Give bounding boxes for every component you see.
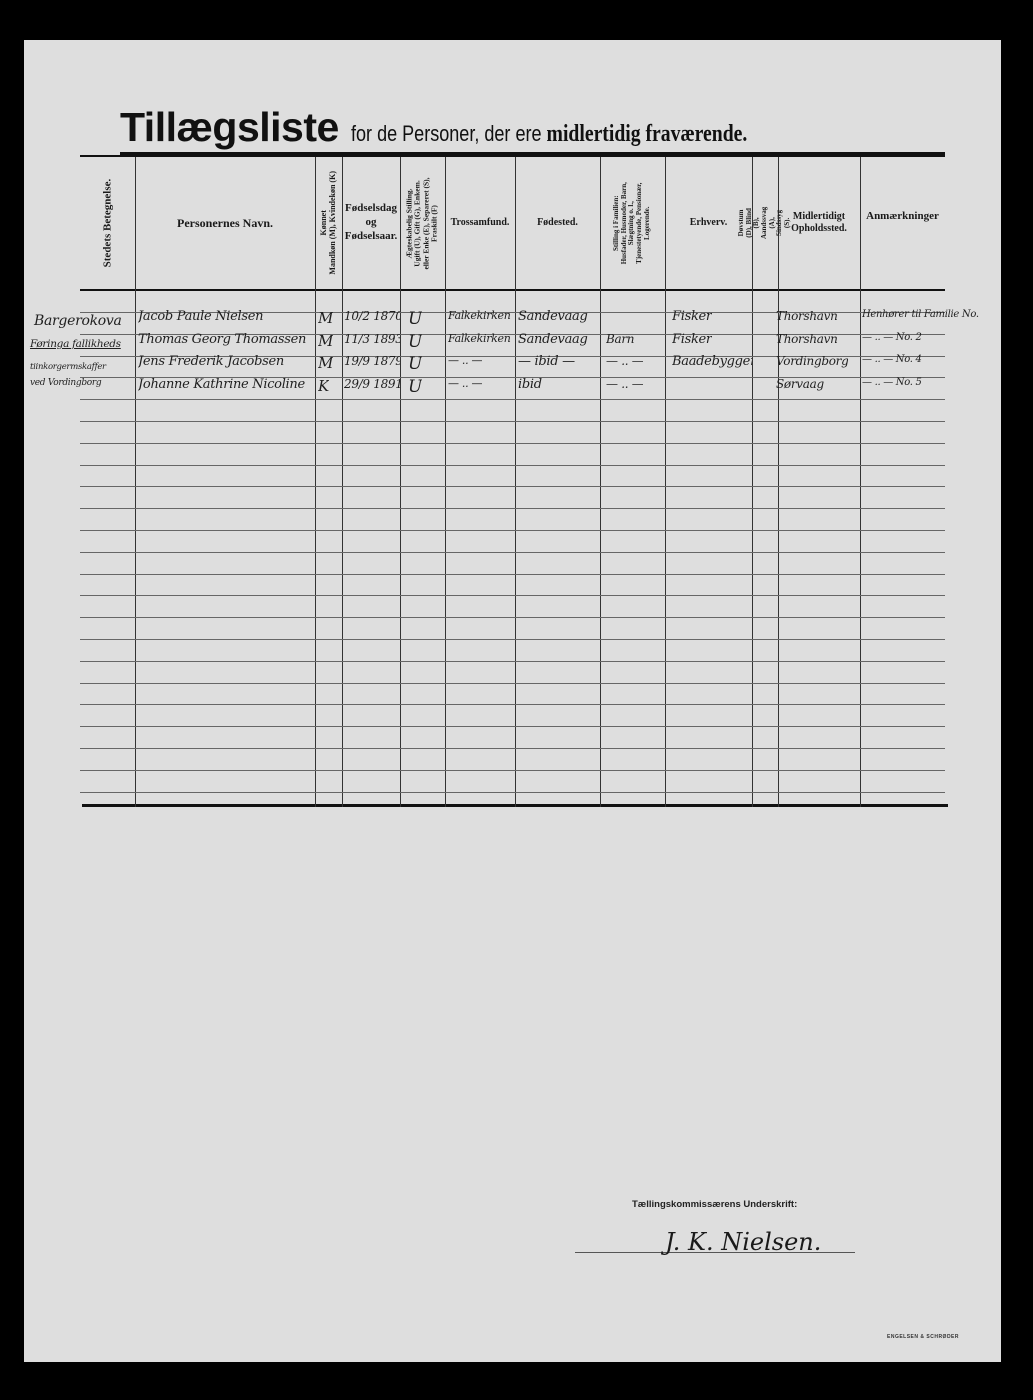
header-label: Ægteskabelig Stilling. Ugift (U), Gift (… <box>406 177 439 269</box>
cell-tro: — .. — <box>448 377 482 390</box>
cell-kjon: M <box>318 354 333 372</box>
header-stedets-betegnelse: Stedets Betegnelse. <box>80 157 135 289</box>
cell-fodselsdag: 19/9 1879 <box>344 354 400 368</box>
cell-kjon: M <box>318 309 333 327</box>
row-divider <box>80 443 945 444</box>
cell-opholdssted: Thorshavn <box>776 332 838 346</box>
row-divider <box>80 399 945 400</box>
cell-navn: Jens Frederik Jacobsen <box>138 354 284 369</box>
cell-stilling: — .. — <box>606 354 643 368</box>
title-sub-text: for de Personer, der ere <box>351 121 542 146</box>
cell-tro: Falkekirken <box>448 309 511 322</box>
header-label: Anmærkninger <box>866 210 939 224</box>
cell-opholdssted: Thorshavn <box>776 309 838 323</box>
header-label: Fødselsdag og Fødselsaar. <box>345 202 397 243</box>
row-divider <box>80 574 945 575</box>
header-label: Erhverv. <box>690 217 728 230</box>
sted-line-1: Bargerokova <box>34 313 122 329</box>
cell-aegteskab: U <box>408 332 422 352</box>
form-title: Tillægsliste for de Personer, der ere mi… <box>120 104 834 151</box>
header-stilling-i-familien: Stilling i Familien: Husfader, Husmoder,… <box>600 157 665 289</box>
header-midlertidigt-opholdssted: Midlertidigt Opholdssted. <box>778 157 860 289</box>
cell-tro: Falkekirken <box>448 332 511 345</box>
sted-line-4: ved Vordingborg <box>30 378 101 388</box>
header-bottom-rule <box>80 289 945 291</box>
row-divider <box>80 552 945 553</box>
signature: J. K. Nielsen. <box>665 1228 821 1256</box>
row-divider <box>80 530 945 531</box>
sted-line-2: Føringa fallikheds <box>30 338 121 350</box>
cell-fodested: — ibid — <box>518 354 575 369</box>
signature-label: Tællingskommissærens Underskrift: <box>632 1199 797 1210</box>
row-divider <box>80 704 945 705</box>
row-divider <box>80 508 945 509</box>
cell-kjon: M <box>318 332 333 350</box>
header-fodested: Fødested. <box>515 157 600 289</box>
cell-navn: Johanne Kathrine Nicoline <box>138 377 305 392</box>
row-divider <box>80 683 945 684</box>
row-divider <box>80 770 945 771</box>
cell-stilling: — .. — <box>606 377 643 391</box>
cell-anm: — .. — No. 5 <box>862 377 922 388</box>
cell-fodselsdag: 29/9 1891 <box>344 377 400 391</box>
row-divider <box>80 639 945 640</box>
cell-erhverv: Fisker <box>672 332 712 347</box>
header-fodselsdag: Fødselsdag og Fødselsaar. <box>342 157 400 289</box>
header-personernes-navn: Personernes Navn. <box>135 157 315 289</box>
cell-fodested: ibid <box>518 377 542 392</box>
cell-erhverv: Fisker <box>672 309 712 324</box>
cell-opholdssted: Sørvaag <box>776 377 824 391</box>
header-label: Fødested. <box>537 217 578 230</box>
row-divider <box>80 595 945 596</box>
header-label: Stilling i Familien: Husfader, Husmoder,… <box>613 182 651 264</box>
cell-erhverv: Baadebygger <box>672 354 752 369</box>
header-anmaerkninger: Anmærkninger <box>860 157 945 277</box>
cell-aegteskab: U <box>408 354 422 374</box>
cell-navn: Thomas Georg Thomassen <box>138 332 306 347</box>
cell-fodselsdag: 10/2 1870 <box>344 309 400 323</box>
header-kjonnet: Kønnet Mandkøn (M), Kvindekøn (K) <box>315 157 342 289</box>
row-divider <box>80 748 945 749</box>
row-divider <box>80 726 945 727</box>
cell-anm: Henhører til Familie No. <box>862 309 979 320</box>
title-main: Tillægsliste <box>120 104 339 150</box>
row-divider <box>80 661 945 662</box>
header-aegteskabelig-stilling: Ægteskabelig Stilling. Ugift (U), Gift (… <box>400 157 445 289</box>
row-divider <box>80 465 945 466</box>
header-label: Kønnet Mandkøn (M), Kvindekøn (K) <box>320 171 338 275</box>
cell-tro: — .. — <box>448 354 482 367</box>
cell-fodselsdag: 11/3 1893 <box>344 332 400 346</box>
cell-fodested: Sandevaag <box>518 309 588 324</box>
cell-stilling: Barn <box>606 332 634 346</box>
cell-aegteskab: U <box>408 309 422 329</box>
cell-anm: — .. — No. 2 <box>862 332 922 343</box>
cell-anm: — .. — No. 4 <box>862 354 922 365</box>
row-divider <box>80 617 945 618</box>
printer-mark: ENGELSEN & SCHRØDER <box>887 1334 959 1340</box>
row-divider <box>80 421 945 422</box>
title-sub: for de Personer, der ere midlertidig fra… <box>351 121 747 148</box>
header-label: Midlertidigt Opholdssted. <box>791 211 847 236</box>
cell-opholdssted: Vordingborg <box>776 354 848 368</box>
cell-navn: Jacob Paule Nielsen <box>138 309 263 324</box>
header-label: Stedets Betegnelse. <box>101 179 113 268</box>
header-dovstum: Døvstum (D), Blind (B), Aandssvag (A), S… <box>752 157 778 289</box>
header-trossamfund: Trossamfund. <box>445 157 515 289</box>
header-label: Trossamfund. <box>451 217 510 230</box>
row-divider <box>80 792 945 793</box>
title-bold-text: midlertidig fraværende. <box>546 121 747 147</box>
row-divider <box>80 486 945 487</box>
cell-kjon: K <box>318 377 329 395</box>
cell-aegteskab: U <box>408 377 422 397</box>
cell-fodested: Sandevaag <box>518 332 588 347</box>
header-label: Personernes Navn. <box>177 216 273 231</box>
sted-line-3: tiinkorgermskaffer <box>30 362 106 372</box>
